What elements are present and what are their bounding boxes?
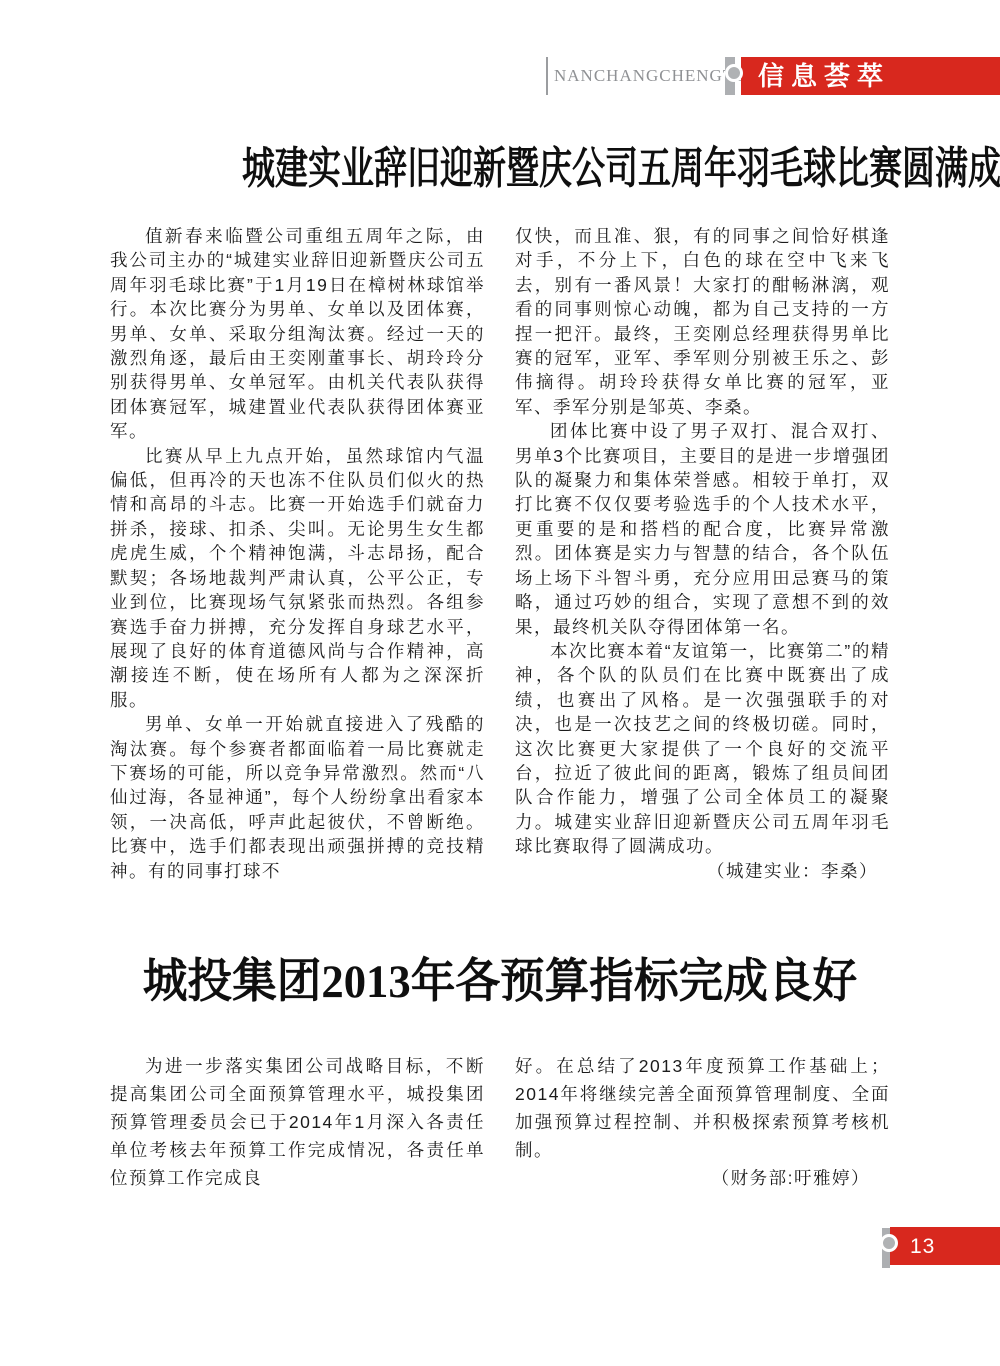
article-badminton: 城建实业辞旧迎新暨庆公司五周年羽毛球比赛圆满成功 值新春来临暨公司重组五周年之际… xyxy=(110,140,890,883)
article1-title-text: 城建实业辞旧迎新暨庆公司五周年羽毛球比赛圆满成功 xyxy=(242,140,1000,198)
section-banner: 信息荟萃 xyxy=(741,57,1000,95)
article1-byline: （城建实业：李桑） xyxy=(515,859,890,883)
article2-title-text: 城投集团2013年各预算指标完成良好 xyxy=(143,952,857,1012)
article-budget: 城投集团2013年各预算指标完成良好 为进一步落实集团公司战略目标，不断提高集团… xyxy=(110,952,890,1192)
article2-columns: 为进一步落实集团公司战略目标，不断提高集团公司全面预算管理水平，城投集团预算管理… xyxy=(110,1052,890,1192)
article1-left-column: 值新春来临暨公司重组五周年之际，由我公司主办的“城建实业辞旧迎新暨庆公司五周年羽… xyxy=(110,224,485,883)
article2-byline: （财务部:吁雅婷） xyxy=(515,1164,890,1192)
paragraph: 比赛从早上九点开始，虽然球馆内气温偏低，但再冷的天也冻不住队员们似火的热情和高昂… xyxy=(110,444,485,712)
article1-columns: 值新春来临暨公司重组五周年之际，由我公司主办的“城建实业辞旧迎新暨庆公司五周年羽… xyxy=(110,224,890,883)
footer-bullet-icon xyxy=(880,1234,898,1252)
article1-title: 城建实业辞旧迎新暨庆公司五周年羽毛球比赛圆满成功 xyxy=(110,140,890,198)
paragraph: 为进一步落实集团公司战略目标，不断提高集团公司全面预算管理水平，城投集团预算管理… xyxy=(110,1052,485,1192)
paragraph: 本次比赛本着“友谊第一，比赛第二”的精神，各个队的队员们在比赛中既赛出了成绩，也… xyxy=(515,639,890,859)
article2-right-column: 好。在总结了2013年度预算工作基础上；2014年将继续完善全面预算管理制度、全… xyxy=(515,1052,890,1192)
paragraph: 团体比赛中设了男子双打、混合双打、男单3个比赛项目，主要目的是进一步增强团队的凝… xyxy=(515,419,890,639)
paragraph-continuation: 仅快，而且准、狠，有的同事之间恰好棋逢对手，不分上下，白色的球在空中飞来飞去，别… xyxy=(515,224,890,419)
article1-right-column: 仅快，而且准、狠，有的同事之间恰好棋逢对手，不分上下，白色的球在空中飞来飞去，别… xyxy=(515,224,890,883)
article2-left-column: 为进一步落实集团公司战略目标，不断提高集团公司全面预算管理水平，城投集团预算管理… xyxy=(110,1052,485,1192)
footer-banner: 13 xyxy=(890,1227,1000,1265)
magazine-page: NANCHANGCHENGTOU 信息荟萃 城建实业辞旧迎新暨庆公司五周年羽毛球… xyxy=(0,0,1000,1366)
paragraph: 男单、女单一开始就直接进入了残酷的淘汰赛。每个参赛者都面临着一局比赛就走下赛场的… xyxy=(110,712,485,883)
article2-title: 城投集团2013年各预算指标完成良好 xyxy=(110,952,890,1012)
paragraph-continuation: 好。在总结了2013年度预算工作基础上；2014年将继续完善全面预算管理制度、全… xyxy=(515,1052,890,1164)
section-banner-label: 信息荟萃 xyxy=(758,63,890,89)
masthead-rule xyxy=(546,57,548,95)
paragraph: 值新春来临暨公司重组五周年之际，由我公司主办的“城建实业辞旧迎新暨庆公司五周年羽… xyxy=(110,224,485,444)
page-number: 13 xyxy=(910,1236,935,1257)
header-bullet-icon xyxy=(725,64,743,82)
